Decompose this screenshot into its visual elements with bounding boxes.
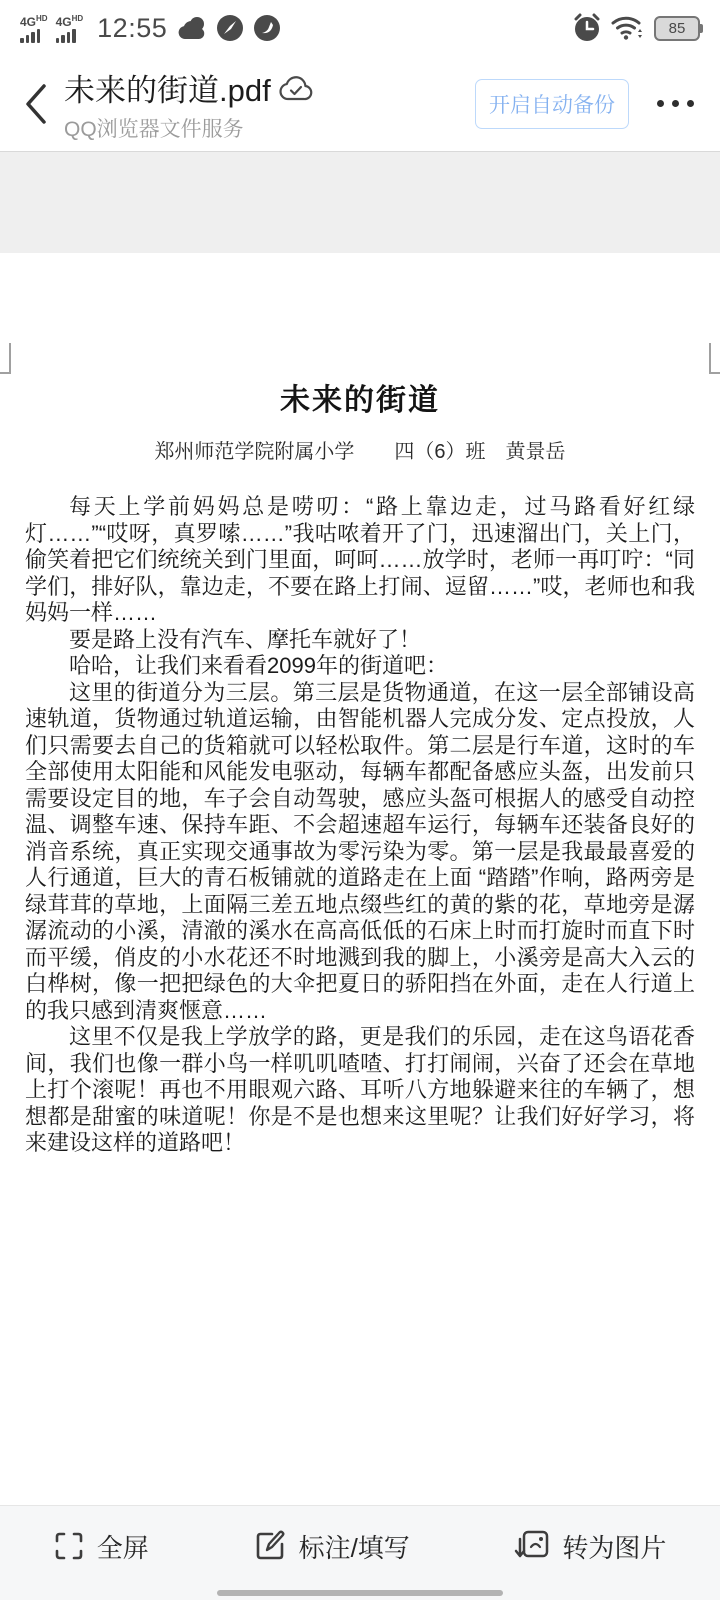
status-time: 12:55 — [97, 13, 167, 44]
paragraph: 这里不仅是我上学放学的路，更是我们的乐园，走在这鸟语花香间，我们也像一群小鸟一样… — [25, 1024, 695, 1157]
page-corner-mark-right — [709, 343, 720, 374]
file-viewer-header: 未来的街道.pdf QQ浏览器文件服务 开启自动备份 — [0, 56, 720, 152]
fullscreen-label: 全屏 — [97, 1528, 149, 1565]
document-title: 未来的街道 — [0, 375, 720, 419]
fullscreen-icon — [53, 1530, 85, 1562]
paragraph: 要是路上没有汽车、摩托车就好了！ — [25, 627, 695, 654]
back-button[interactable] — [14, 74, 58, 134]
convert-to-image-label: 转为图片 — [562, 1528, 666, 1565]
document-body: 每天上学前妈妈总是唠叨：“路上靠边走，过马路看好红绿灯……”“哎呀，真罗嗦……”… — [0, 494, 720, 1157]
back-chevron-icon — [24, 83, 48, 125]
network-type-label: 4G — [56, 15, 72, 29]
convert-to-image-icon — [514, 1529, 550, 1563]
auto-backup-button[interactable]: 开启自动备份 — [475, 79, 629, 129]
status-bar: 4GHD 4GHD 12:55 85 — [0, 0, 720, 56]
battery-icon: 85 — [654, 16, 700, 41]
signal-strength-icon-sim1: 4GHD — [20, 13, 48, 43]
battery-percent: 85 — [669, 20, 686, 37]
bottom-toolbar: 全屏 标注/填写 转为图片 — [0, 1505, 720, 1600]
paragraph: 每天上学前妈妈总是唠叨：“路上靠边走，过马路看好红绿灯……”“哎呀，真罗嗦……”… — [25, 494, 695, 627]
wifi-icon — [611, 14, 645, 42]
paragraph: 这里的街道分为三层。第三层是货物通道，在这一层全部铺设高速轨道，货物通过轨道运输… — [25, 680, 695, 1025]
more-menu-dots-icon — [657, 100, 664, 107]
page-corner-mark-left — [0, 343, 11, 374]
network-type-label: 4G — [20, 15, 36, 29]
pdf-canvas-background — [0, 152, 720, 253]
signal-strength-icon-sim2: 4GHD — [56, 13, 84, 43]
swan-app-icon — [253, 14, 281, 42]
fullscreen-button[interactable]: 全屏 — [0, 1506, 202, 1600]
annotate-pen-icon — [253, 1529, 287, 1563]
paragraph: 哈哈，让我们来看看2099年的街道吧： — [25, 653, 695, 680]
home-indicator-bar[interactable] — [217, 1590, 503, 1596]
alarm-clock-icon — [572, 13, 602, 43]
hd-voice-label: HD — [72, 14, 84, 23]
convert-to-image-button[interactable]: 转为图片 — [461, 1506, 720, 1600]
browser-gauge-icon — [216, 14, 244, 42]
file-service-subtitle: QQ浏览器文件服务 — [64, 113, 313, 143]
more-menu-button[interactable] — [655, 90, 696, 117]
cloud-sync-check-icon — [279, 74, 313, 101]
annotate-label: 标注/填写 — [299, 1528, 410, 1565]
hd-voice-label: HD — [36, 14, 48, 23]
pdf-page[interactable]: 未来的街道 郑州师范学院附属小学 四（6）班 黄景岳 每天上学前妈妈总是唠叨：“… — [0, 253, 720, 1505]
annotate-button[interactable]: 标注/填写 — [202, 1506, 461, 1600]
weather-cloud-icon — [177, 15, 207, 41]
document-author-line: 郑州师范学院附属小学 四（6）班 黄景岳 — [0, 435, 720, 464]
file-title: 未来的街道.pdf — [64, 65, 271, 110]
